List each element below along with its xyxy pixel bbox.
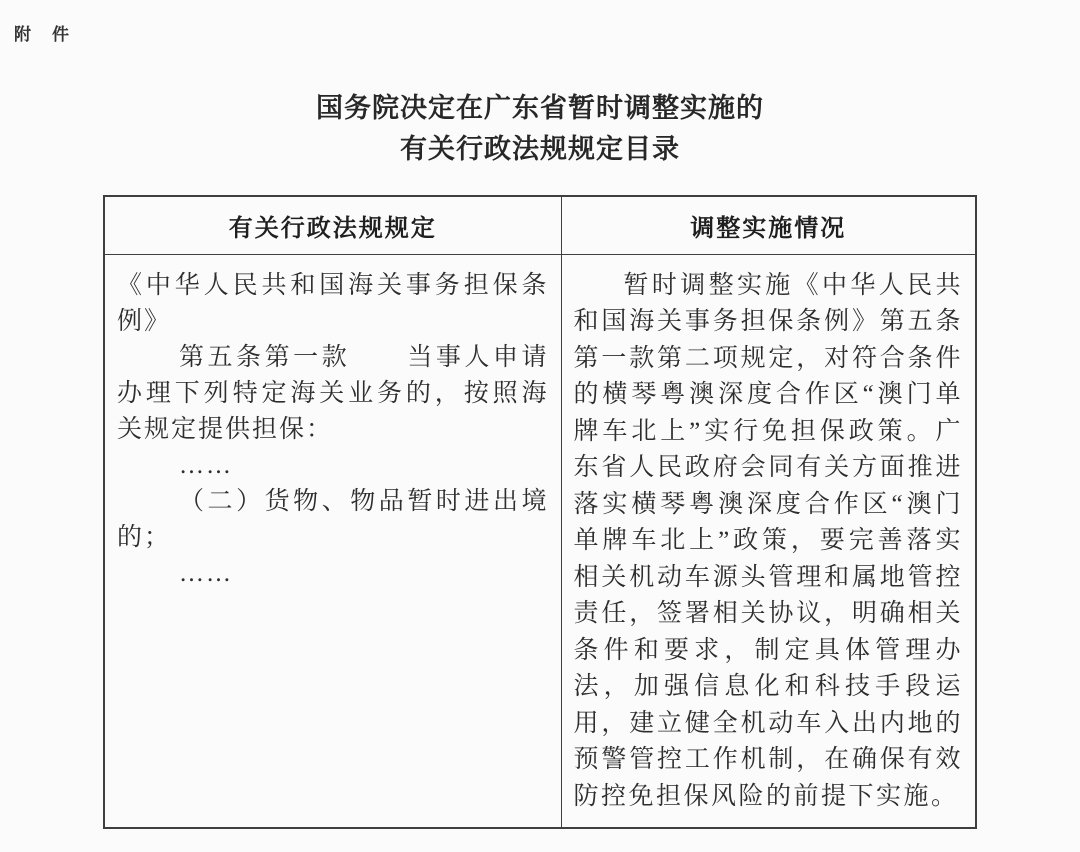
document-page: 附 件 国务院决定在广东省暂时调整实施的 有关行政法规规定目录 有关行政法规规定… (0, 0, 1080, 852)
table-header-row: 有关行政法规规定 调整实施情况 (104, 196, 976, 254)
adjustment-cell: 暂时调整实施《中华人民共和国海关事务担保条例》第五条第一款第二项规定，对符合条件… (561, 254, 976, 828)
column-header-adjustment: 调整实施情况 (561, 196, 976, 254)
document-title-line2: 有关行政法规规定目录 (0, 129, 1080, 170)
document-title: 国务院决定在广东省暂时调整实施的 有关行政法规规定目录 (0, 88, 1080, 170)
table-row: 《中华人民共和国海关事务担保条例》 第五条第一款 当事人申请办理下列特定海关业务… (104, 254, 976, 828)
regulation-item: （二）货物、物品暂时进出境的； (117, 484, 549, 556)
regulation-cell: 《中华人民共和国海关事务担保条例》 第五条第一款 当事人申请办理下列特定海关业务… (104, 254, 561, 828)
adjustment-text: 暂时调整实施《中华人民共和国海关事务担保条例》第五条第一款第二项规定，对符合条件… (574, 268, 964, 816)
column-header-regulation: 有关行政法规规定 (104, 196, 561, 254)
regulation-title: 《中华人民共和国海关事务担保条例》 (117, 268, 549, 340)
regulation-clause: 第五条第一款 当事人申请办理下列特定海关业务的，按照海关规定提供担保： (117, 340, 549, 448)
attachment-label: 附 件 (14, 20, 71, 45)
regulation-ellipsis-2: …… (117, 556, 549, 592)
regulation-ellipsis-1: …… (117, 448, 549, 484)
regulations-table: 有关行政法规规定 调整实施情况 《中华人民共和国海关事务担保条例》 第五条第一款… (103, 195, 977, 829)
document-title-line1: 国务院决定在广东省暂时调整实施的 (0, 88, 1080, 129)
